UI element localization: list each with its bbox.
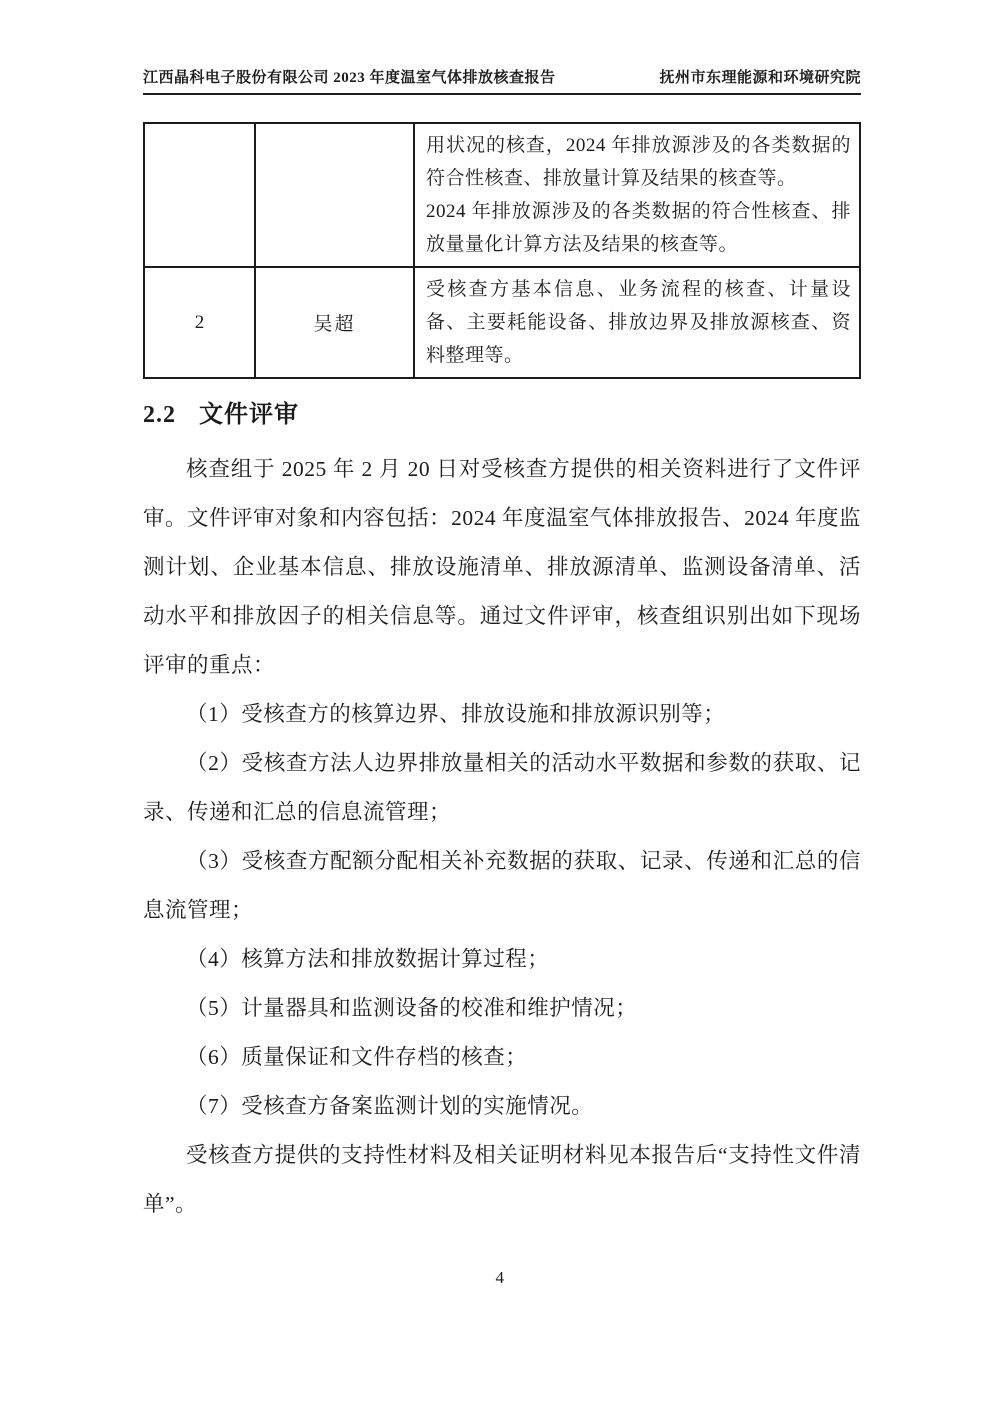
header-agency-name: 抚州市东理能源和环境研究院 — [659, 66, 861, 87]
verification-team-table: 用状况的核查，2024 年排放源涉及的各类数据的符合性核查、排放量计算及结果的核… — [143, 122, 861, 379]
section-heading: 2.2文件评审 — [143, 394, 861, 429]
paragraph-closing: 受核查方提供的支持性材料及相关证明材料见本报告后“支持性文件清单”。 — [143, 1131, 861, 1229]
section-title: 文件评审 — [199, 402, 299, 428]
duty-paragraph: 2024 年排放源涉及的各类数据的符合性核查、排放量量化计算方法及结果的核查等。 — [426, 195, 851, 261]
list-item-2: （2）受核查方法人边界排放量相关的活动水平数据和参数的获取、记录、传递和汇总的信… — [143, 739, 861, 837]
table-cell-number: 2 — [144, 267, 255, 378]
list-item-6: （6）质量保证和文件存档的核查； — [143, 1033, 861, 1082]
table-cell-duties: 用状况的核查，2024 年排放源涉及的各类数据的符合性核查、排放量计算及结果的核… — [414, 123, 860, 267]
list-item-3: （3）受核查方配额分配相关补充数据的获取、记录、传递和汇总的信息流管理； — [143, 837, 861, 935]
table-cell-name: 吴超 — [255, 267, 414, 378]
section-body: 核查组于 2025 年 2 月 20 日对受核查方提供的相关资料进行了文件评审。… — [143, 445, 861, 1229]
list-item-4: （4）核算方法和排放数据计算过程； — [143, 935, 861, 984]
table-cell-number — [144, 123, 255, 267]
table-cell-duties: 受核查方基本信息、业务流程的核查、计量设备、主要耗能设备、排放边界及排放源核查、… — [414, 267, 860, 378]
duty-paragraph: 受核查方基本信息、业务流程的核查、计量设备、主要耗能设备、排放边界及排放源核查、… — [426, 273, 851, 372]
paragraph-intro: 核查组于 2025 年 2 月 20 日对受核查方提供的相关资料进行了文件评审。… — [143, 445, 861, 690]
page-header: 江西晶科电子股份有限公司 2023 年度温室气体排放核查报告 抚州市东理能源和环… — [143, 66, 861, 95]
table-row: 2 吴超 受核查方基本信息、业务流程的核查、计量设备、主要耗能设备、排放边界及排… — [144, 267, 860, 378]
table-row-continuation: 用状况的核查，2024 年排放源涉及的各类数据的符合性核查、排放量计算及结果的核… — [144, 123, 860, 267]
page-content: 江西晶科电子股份有限公司 2023 年度温室气体排放核查报告 抚州市东理能源和环… — [143, 0, 861, 1229]
section-number: 2.2 — [143, 402, 176, 428]
header-report-title: 江西晶科电子股份有限公司 2023 年度温室气体排放核查报告 — [143, 66, 556, 87]
page-number: 4 — [0, 1268, 1000, 1288]
list-item-7: （7）受核查方备案监测计划的实施情况。 — [143, 1082, 861, 1131]
document-page: 江西晶科电子股份有限公司 2023 年度温室气体排放核查报告 抚州市东理能源和环… — [0, 0, 1000, 1414]
list-item-5: （5）计量器具和监测设备的校准和维护情况； — [143, 984, 861, 1033]
table-cell-name — [255, 123, 414, 267]
duty-paragraph: 用状况的核查，2024 年排放源涉及的各类数据的符合性核查、排放量计算及结果的核… — [426, 129, 851, 195]
list-item-1: （1）受核查方的核算边界、排放设施和排放源识别等； — [143, 690, 861, 739]
